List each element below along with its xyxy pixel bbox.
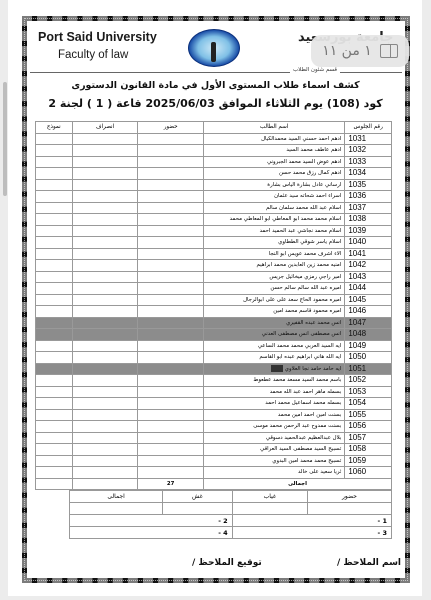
form-cell [36, 225, 73, 237]
departure-cell [72, 156, 138, 168]
attendance-cell [138, 398, 204, 410]
seat-number: 1042 [345, 260, 392, 272]
student-name: ايه الله هاني ابراهيم عبده ابو القاسم [204, 352, 345, 364]
seat-number: 1045 [345, 294, 392, 306]
table-row: 1036اسراء احمد شحاته سيد عثمان [36, 191, 392, 203]
table-header-row: رقم الجلوس اسم الطالب حضور انصراف نموذج [36, 122, 392, 134]
student-name-text: بسنت ممدوح عبد الرحمن محمد موسى [253, 423, 341, 429]
seat-number: 1053 [345, 386, 392, 398]
form-cell [36, 329, 73, 341]
attendance-cell [138, 409, 204, 421]
table-row: 1033ادهم عوض السيد محمد الجبروني [36, 156, 392, 168]
attendance-cell [138, 156, 204, 168]
attendance-cell [138, 432, 204, 444]
form-cell [36, 271, 73, 283]
student-name-text: انس محمد عبده القفيري [286, 320, 341, 326]
faculty-name-en: Faculty of law [58, 49, 128, 61]
summary-line-row: 1 - 2 - [70, 515, 392, 527]
summary-attendance: حضور [307, 491, 391, 503]
summary-header-row: حضور غياب غش اجمالى [70, 491, 392, 503]
table-row: 1039اسلام محمد نجاشي عبد الحميد احمد [36, 225, 392, 237]
attendance-cell [138, 444, 204, 456]
seat-number: 1060 [345, 467, 392, 479]
student-name-text: اميره محمود الحاج سعد على على ابوالرجال [243, 297, 341, 303]
student-name: تسبيح محمد محمد امين البدوي [204, 455, 345, 467]
table-row: 1042امنيه محمد زين العابدين محمد ابراهيم [36, 260, 392, 272]
attendance-cell [138, 260, 204, 272]
student-name: اسلام محمد محمد ابو المعاطي ابو المعاطي … [204, 214, 345, 226]
total-value: 27 [138, 478, 204, 490]
departure-cell [72, 168, 138, 180]
seat-number: 1047 [345, 317, 392, 329]
student-name-text: بلال عبدالعظيم عبدالحميد دسوقي [266, 435, 341, 441]
page-indicator-text: ١ من ١١ [322, 43, 372, 59]
university-logo [188, 29, 240, 67]
departure-cell [72, 432, 138, 444]
departure-cell [72, 225, 138, 237]
seat-number: 1051 [345, 363, 392, 375]
student-name-text: اميره عبد الله سالم سالم حسن [270, 285, 341, 291]
attendance-cell [138, 467, 204, 479]
student-name-text: اميره محمود قاسم محمد امين [273, 308, 341, 314]
departure-cell [72, 444, 138, 456]
student-name-text: ادهم عاطف محمد السيد [286, 147, 341, 153]
page-indicator[interactable]: ١ من ١١ [311, 35, 409, 67]
departure-cell [72, 248, 138, 260]
table-row: 1032ادهم عاطف محمد السيد [36, 145, 392, 157]
summary-table: حضور غياب غش اجمالى 1 - 2 - 3 - 4 - [69, 490, 392, 539]
student-name-text: ارساني عادل بشارة الياس بشارة [267, 182, 341, 188]
table-row: 1053بسمله ماهر احمد عبد الله محمد [36, 386, 392, 398]
departure-cell [72, 352, 138, 364]
student-name-text: اسلام محمد محمد ابو المعاطي ابو المعاطي … [230, 216, 342, 222]
empty-cell [36, 478, 73, 490]
student-name-text: تسبيح محمد محمد امين البدوي [272, 458, 341, 464]
table-row: 1038اسلام محمد محمد ابو المعاطي ابو المع… [36, 214, 392, 226]
form-cell [36, 260, 73, 272]
summary-line-row: 3 - 4 - [70, 527, 392, 539]
student-name: بسمله محمد اسماعيل محمد احمد [204, 398, 345, 410]
form-cell [36, 444, 73, 456]
total-row: اجمالى 27 [36, 478, 392, 490]
student-name: ادهم كمال رزق محمد حسن [204, 168, 345, 180]
table-row: 1059تسبيح محمد محمد امين البدوي [36, 455, 392, 467]
attendance-cell [138, 455, 204, 467]
summary-cheating: غش [163, 491, 233, 503]
student-name: ارساني عادل بشارة الياس بشارة [204, 179, 345, 191]
seat-number: 1044 [345, 283, 392, 295]
form-cell [36, 409, 73, 421]
col-seat: رقم الجلوس [345, 122, 392, 134]
departure-cell [72, 214, 138, 226]
seat-number: 1059 [345, 455, 392, 467]
seat-number: 1036 [345, 191, 392, 203]
student-name: بلال عبدالعظيم عبدالحميد دسوقي [204, 432, 345, 444]
student-name: اميره محمود الحاج سعد على على ابوالرجال [204, 294, 345, 306]
table-row: 1045اميره محمود الحاج سعد على على ابوالر… [36, 294, 392, 306]
form-cell [36, 133, 73, 145]
seat-number: 1040 [345, 237, 392, 249]
table-row: 1043امير راجي رمزي ميخائيل جريس [36, 271, 392, 283]
attendance-cell [138, 179, 204, 191]
empty-cell [232, 503, 307, 515]
empty-cell [163, 503, 233, 515]
seat-number: 1055 [345, 409, 392, 421]
seat-number: 1058 [345, 444, 392, 456]
student-name: اسلام محمد نجاشي عبد الحميد احمد [204, 225, 345, 237]
student-name-text: ادهم كمال رزق محمد حسن [279, 170, 341, 176]
seat-number: 1048 [345, 329, 392, 341]
student-name-text: تسبيح السيد مصطفى السيد العراقي [260, 446, 341, 452]
student-name: اميره عبد الله سالم سالم حسن [204, 283, 345, 295]
departure-cell [72, 191, 138, 203]
student-name: باسم محمد السيد مسعد محمد عطعوط [204, 375, 345, 387]
departure-cell [72, 145, 138, 157]
attendance-cell [138, 363, 204, 375]
attendance-cell [138, 386, 204, 398]
form-cell [36, 306, 73, 318]
form-cell [36, 248, 73, 260]
col-attendance: حضور [138, 122, 204, 134]
departure-cell [72, 421, 138, 433]
student-name-text: ادهم عوض السيد محمد الجبروني [267, 159, 341, 165]
summary-item-2: 2 - [70, 515, 233, 527]
table-row: 1051ايه حامد حامد نجا العلاوي [36, 363, 392, 375]
form-cell [36, 455, 73, 467]
student-name-text: ايه حامد حامد نجا العلاوي [285, 366, 342, 372]
table-row: 1054بسمله محمد اسماعيل محمد احمد [36, 398, 392, 410]
student-name: اميره محمود قاسم محمد امين [204, 306, 345, 318]
page-sidebar-icon[interactable] [380, 44, 398, 58]
attendance-cell [138, 421, 204, 433]
document-subtitle: كود (108) يوم الثلاثاء الموافق 2025/06/0… [0, 97, 431, 110]
student-name: امنيه محمد زين العابدين محمد ابراهيم [204, 260, 345, 272]
student-name-text: بسنت امين احمد امين محمد [278, 412, 341, 418]
table-row: 1046اميره محمود قاسم محمد امين [36, 306, 392, 318]
departure-cell [72, 329, 138, 341]
table-row: 1056بسنت ممدوح عبد الرحمن محمد موسى [36, 421, 392, 433]
table-row: 1058تسبيح السيد مصطفى السيد العراقي [36, 444, 392, 456]
seat-number: 1043 [345, 271, 392, 283]
student-name: بسنت امين احمد امين محمد [204, 409, 345, 421]
student-name-text: ايه السيد العربي محمد محمد الساعي [258, 343, 342, 349]
seat-number: 1037 [345, 202, 392, 214]
student-name: تسبيح السيد مصطفى السيد العراقي [204, 444, 345, 456]
form-cell [36, 168, 73, 180]
header-divider [30, 72, 402, 73]
seat-number: 1041 [345, 248, 392, 260]
form-cell [36, 375, 73, 387]
seat-number: 1049 [345, 340, 392, 352]
student-name-text: اسلام محمد نجاشي عبد الحميد احمد [260, 228, 342, 234]
observer-name-label: اسم الملاحظ / [337, 558, 401, 568]
form-cell [36, 386, 73, 398]
form-cell [36, 467, 73, 479]
attendance-cell [138, 306, 204, 318]
attendance-cell [138, 145, 204, 157]
student-name: ايه السيد العربي محمد محمد الساعي [204, 340, 345, 352]
university-name-en: Port Said University [38, 30, 157, 44]
student-name-text: باسم محمد السيد مسعد محمد عطعوط [253, 377, 341, 383]
attendance-cell [138, 375, 204, 387]
summary-item-3: 3 - [232, 527, 391, 539]
student-name: اسلام عبد الله محمد سلمان سالم [204, 202, 345, 214]
table-row: 1048انس مصطفى انس مصطفى العدني [36, 329, 392, 341]
student-name: بسنت ممدوح عبد الرحمن محمد موسى [204, 421, 345, 433]
student-name-text: ثريا سعيد على خالد [298, 469, 341, 475]
attendance-cell [138, 283, 204, 295]
student-name-text: امنيه محمد زين العابدين محمد ابراهيم [257, 262, 342, 268]
departure-cell [72, 133, 138, 145]
document-title: كشف اسماء طلاب المستوى الأول في مادة الق… [0, 80, 431, 91]
form-cell [36, 432, 73, 444]
attendance-cell [138, 191, 204, 203]
seat-number: 1054 [345, 398, 392, 410]
attendance-cell [138, 248, 204, 260]
seat-number: 1039 [345, 225, 392, 237]
attendance-cell [138, 317, 204, 329]
student-name: ادهم عاطف محمد السيد [204, 145, 345, 157]
summary-absence: غياب [232, 491, 307, 503]
table-row: 1050ايه الله هاني ابراهيم عبده ابو القاس… [36, 352, 392, 364]
redaction-mark [271, 365, 283, 372]
students-table: رقم الجلوس اسم الطالب حضور انصراف نموذج … [35, 121, 392, 490]
col-form: نموذج [36, 122, 73, 134]
form-cell [36, 283, 73, 295]
student-name: الاء اشرف محمد عويس ابو النجا [204, 248, 345, 260]
table-row: 1057بلال عبدالعظيم عبدالحميد دسوقي [36, 432, 392, 444]
departure-cell [72, 306, 138, 318]
student-name-text: اسلام عبد الله محمد سلمان سالم [266, 205, 341, 211]
table-row: 1041الاء اشرف محمد عويس ابو النجا [36, 248, 392, 260]
table-row: 1031ادهم احمد حسني السيد محمدالكيال [36, 133, 392, 145]
form-cell [36, 237, 73, 249]
form-cell [36, 317, 73, 329]
table-row: 1044اميره عبد الله سالم سالم حسن [36, 283, 392, 295]
summary-item-1: 1 - [232, 515, 391, 527]
table-row: 1040اسلام ياسر شوقي الططاوي [36, 237, 392, 249]
attendance-cell [138, 214, 204, 226]
seat-number: 1033 [345, 156, 392, 168]
departure-cell [72, 363, 138, 375]
student-name-text: انس مصطفى انس مصطفى العدني [262, 331, 342, 337]
form-cell [36, 179, 73, 191]
lighthouse-icon [211, 42, 216, 62]
empty-cell [72, 478, 138, 490]
form-cell [36, 145, 73, 157]
student-name: امير راجي رمزي ميخائيل جريس [204, 271, 345, 283]
attendance-cell [138, 352, 204, 364]
form-cell [36, 214, 73, 226]
departure-cell [72, 317, 138, 329]
table-row: 1049ايه السيد العربي محمد محمد الساعي [36, 340, 392, 352]
student-name: اسراء احمد شحاته سيد عثمان [204, 191, 345, 203]
student-name: ايه حامد حامد نجا العلاوي [204, 363, 345, 375]
departure-cell [72, 398, 138, 410]
departure-cell [72, 467, 138, 479]
attendance-cell [138, 133, 204, 145]
departure-cell [72, 179, 138, 191]
form-cell [36, 340, 73, 352]
department-label: قسم شئون الطلاب [290, 67, 340, 73]
student-name-text: امير راجي رمزي ميخائيل جريس [269, 274, 341, 280]
table-row: 1034ادهم كمال رزق محمد حسن [36, 168, 392, 180]
seat-number: 1052 [345, 375, 392, 387]
seat-number: 1035 [345, 179, 392, 191]
departure-cell [72, 386, 138, 398]
departure-cell [72, 455, 138, 467]
attendance-cell [138, 271, 204, 283]
form-cell [36, 363, 73, 375]
departure-cell [72, 294, 138, 306]
form-cell [36, 352, 73, 364]
student-name-text: الاء اشرف محمد عويس ابو النجا [269, 251, 342, 257]
form-cell [36, 421, 73, 433]
attendance-cell [138, 225, 204, 237]
col-departure: انصراف [72, 122, 138, 134]
departure-cell [72, 409, 138, 421]
seat-number: 1034 [345, 168, 392, 180]
student-name-text: ايه الله هاني ابراهيم عبده ابو القاسم [259, 354, 341, 360]
seat-number: 1046 [345, 306, 392, 318]
attendance-cell [138, 294, 204, 306]
seat-number: 1057 [345, 432, 392, 444]
student-name-text: اسراء احمد شحاته سيد عثمان [274, 193, 341, 199]
student-name: ثريا سعيد على خالد [204, 467, 345, 479]
seat-number: 1031 [345, 133, 392, 145]
student-name-text: اسلام ياسر شوقي الططاوي [278, 239, 341, 245]
form-cell [36, 398, 73, 410]
summary-values-row [70, 503, 392, 515]
student-name: انس مصطفى انس مصطفى العدني [204, 329, 345, 341]
student-name: ادهم احمد حسني السيد محمدالكيال [204, 133, 345, 145]
total-label: اجمالى [204, 478, 392, 490]
table-row: 1037اسلام عبد الله محمد سلمان سالم [36, 202, 392, 214]
empty-cell [307, 503, 391, 515]
student-name: اسلام ياسر شوقي الططاوي [204, 237, 345, 249]
student-name-text: بسمله ماهر احمد عبد الله محمد [270, 389, 342, 395]
form-cell [36, 202, 73, 214]
attendance-cell [138, 202, 204, 214]
departure-cell [72, 283, 138, 295]
summary-total: اجمالى [70, 491, 163, 503]
attendance-cell [138, 168, 204, 180]
table-row: 1060ثريا سعيد على خالد [36, 467, 392, 479]
departure-cell [72, 237, 138, 249]
departure-cell [72, 271, 138, 283]
table-row: 1035ارساني عادل بشارة الياس بشارة [36, 179, 392, 191]
departure-cell [72, 375, 138, 387]
seat-number: 1050 [345, 352, 392, 364]
table-row: 1047انس محمد عبده القفيري [36, 317, 392, 329]
departure-cell [72, 260, 138, 272]
attendance-cell [138, 340, 204, 352]
seat-number: 1032 [345, 145, 392, 157]
form-cell [36, 294, 73, 306]
empty-cell [70, 503, 163, 515]
seat-number: 1056 [345, 421, 392, 433]
form-cell [36, 156, 73, 168]
departure-cell [72, 340, 138, 352]
table-row: 1052باسم محمد السيد مسعد محمد عطعوط [36, 375, 392, 387]
student-name-text: بسمله محمد اسماعيل محمد احمد [265, 400, 341, 406]
departure-cell [72, 202, 138, 214]
form-cell [36, 191, 73, 203]
attendance-cell [138, 237, 204, 249]
table-row: 1055بسنت امين احمد امين محمد [36, 409, 392, 421]
student-name: انس محمد عبده القفيري [204, 317, 345, 329]
seat-number: 1038 [345, 214, 392, 226]
observer-signature-label: توقيع الملاحظ / [192, 558, 262, 568]
student-name: ادهم عوض السيد محمد الجبروني [204, 156, 345, 168]
student-name-text: ادهم احمد حسني السيد محمدالكيال [261, 136, 341, 142]
attendance-cell [138, 329, 204, 341]
summary-item-4: 4 - [70, 527, 233, 539]
col-name: اسم الطالب [204, 122, 345, 134]
student-name: بسمله ماهر احمد عبد الله محمد [204, 386, 345, 398]
